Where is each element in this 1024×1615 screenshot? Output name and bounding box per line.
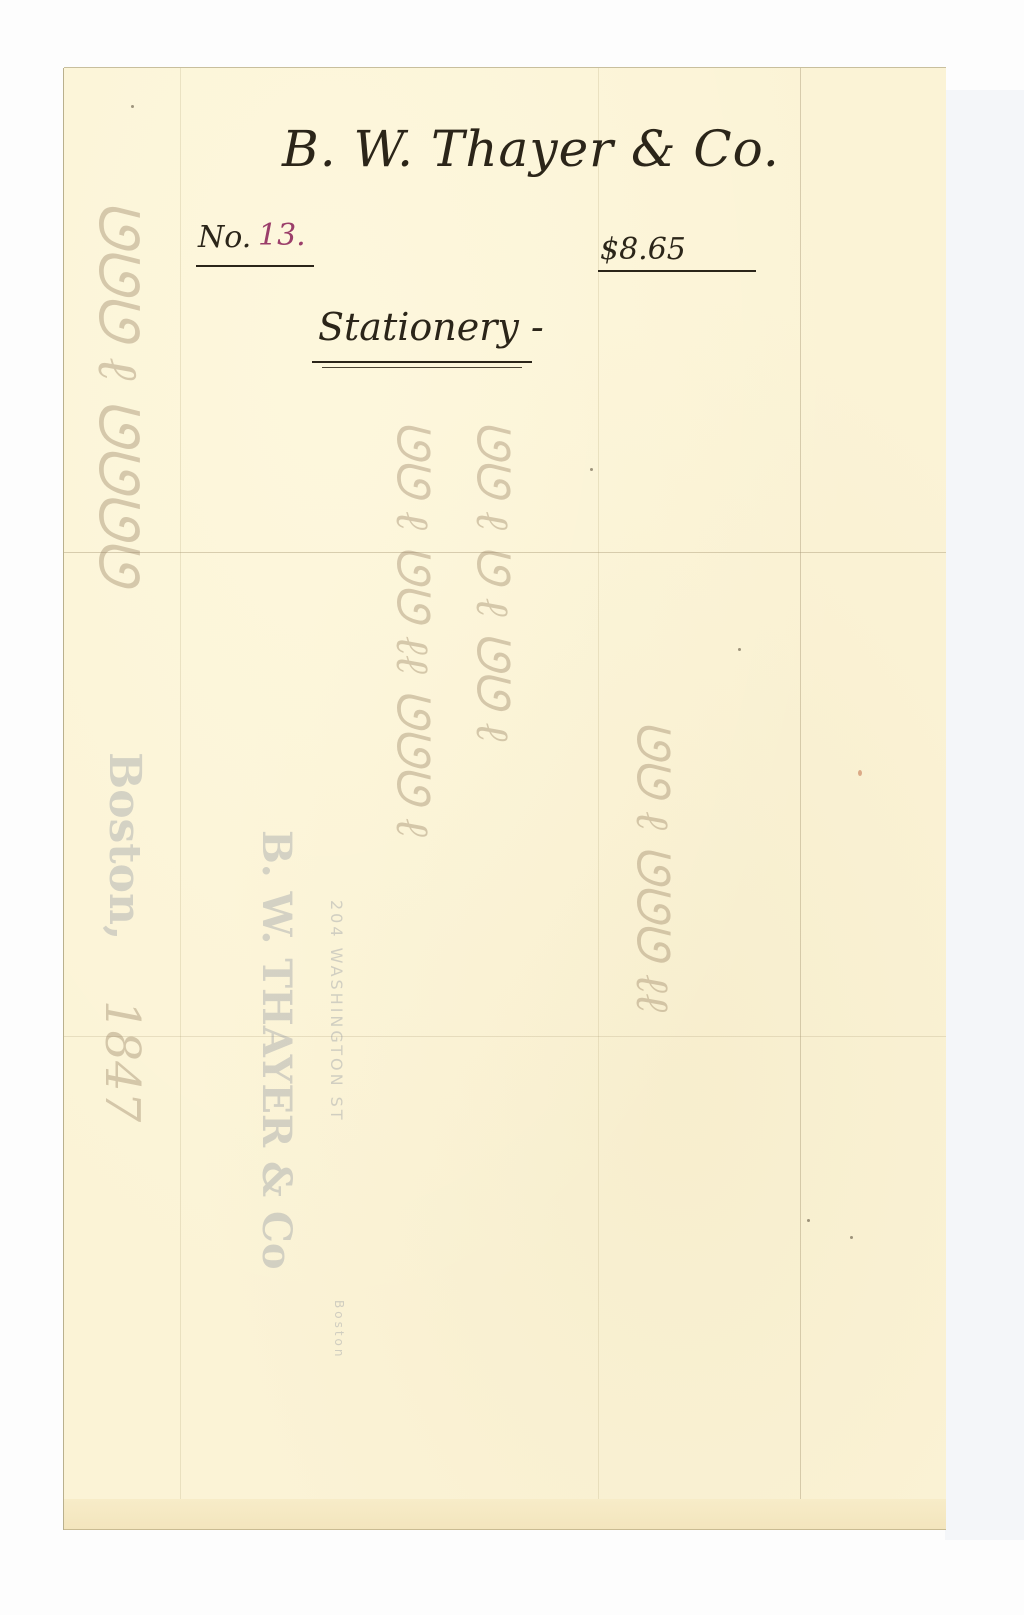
bleed-printed-suffix: Boston [332, 1300, 346, 1359]
bleed-printed-firm: B. W. THAYER & Co [253, 830, 300, 1270]
paper-speck [131, 105, 134, 108]
amount: $8.65 [600, 232, 686, 267]
scan-backdrop [945, 90, 1024, 1540]
category-underline [322, 367, 522, 368]
horizontal-fold-line [64, 1036, 946, 1037]
vertical-fold-line [800, 68, 801, 1530]
bleed-date: 1847 [94, 1000, 150, 1122]
number-label: No. [198, 220, 251, 255]
bleed-through-script: ᘎᘎ ℓ ᘎᘎ ℓℓ ᘎᘎᘎ ℓ [384, 420, 440, 837]
paper-bottom-edge [64, 1499, 946, 1530]
bleed-through-script: ᘎᘎ ℓ ᘎᘎᘎ ℓℓ [624, 720, 680, 1012]
category-underline [312, 361, 532, 363]
amount-underline [598, 270, 756, 272]
margin-rule [180, 68, 181, 1530]
document-paper [64, 68, 946, 1530]
category-label: Stationery - [318, 305, 544, 349]
paper-speck [590, 468, 593, 471]
bleed-through-script: ᘎᘎᘎ ℓ ᘎᘎᘎᘎ [84, 200, 150, 584]
paper-speck [738, 648, 741, 651]
bleed-printed-address: 204 WASHINGTON ST [327, 900, 346, 1123]
paper-speck [850, 1236, 853, 1239]
number-value: 13. [258, 218, 306, 253]
paper-stain [858, 770, 862, 776]
margin-rule [598, 68, 599, 1530]
number-underline [196, 265, 314, 267]
paper-speck [807, 1219, 810, 1222]
bleed-through-script: ᘎᘎ ℓ ᘎ ℓ ᘎᘎ ℓ [464, 420, 520, 742]
firm-name: B. W. Thayer & Co. [282, 120, 780, 178]
bleed-city-stamp: Boston, [99, 752, 150, 940]
